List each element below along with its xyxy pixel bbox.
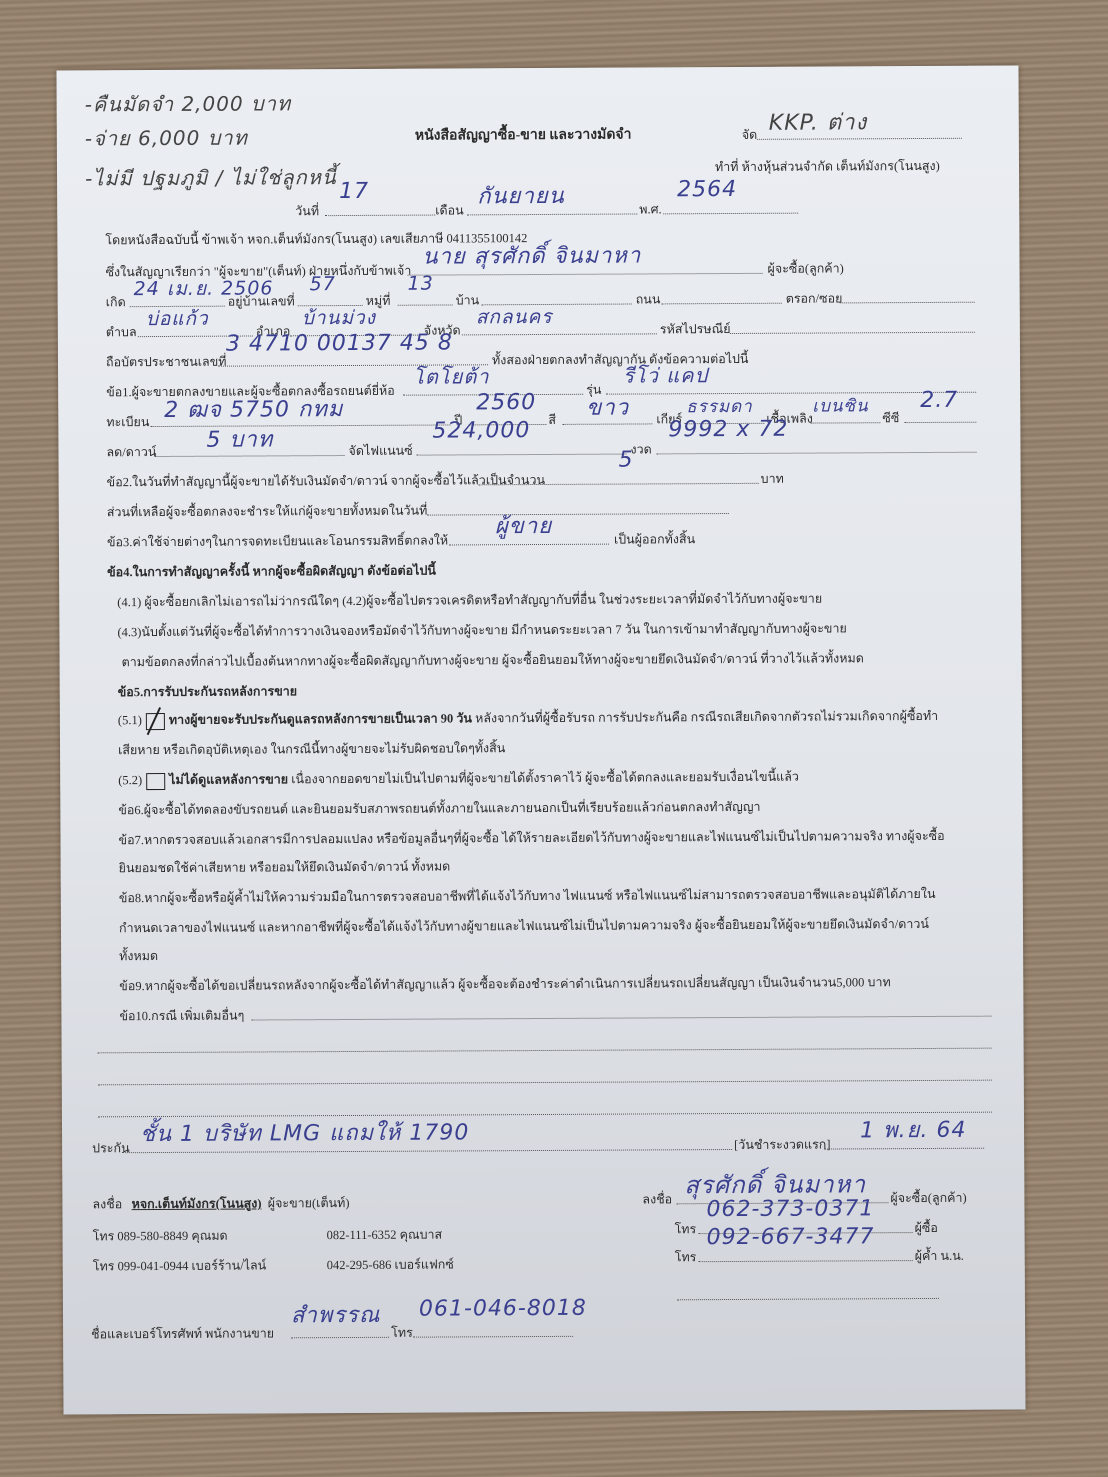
fuel-line [810,422,880,423]
buyer-phone[interactable]: 062-373-0371 [706,1196,874,1222]
first-payment-label: [วันชำระงวดแรก] [734,1134,831,1155]
car-cc[interactable]: 2.7 [920,388,958,413]
clause4-4: ตามข้อตกลงที่กล่าวไปเบื้องต้นหากทางผู้จะ… [122,648,864,672]
cc-line [904,422,976,423]
salesperson-name[interactable]: สำพรรณ [291,1297,381,1332]
clause5-2-row: (5.2)ไม่ได้ดูแลหลังการขาย เนื่องจากยอดขา… [118,767,799,791]
clause2-line [479,483,759,485]
clause5-2-label: (5.2) [118,773,142,787]
postcode-field[interactable] [730,332,975,334]
installment-label: งวด [630,439,651,459]
clause8c: ทั้งหมด [119,946,158,966]
salesperson-phone-label: โทร [391,1323,413,1343]
road-label: ถนน [636,289,661,309]
soi-label: ตรอก/ซอย [786,288,843,308]
seller-phone-2a: โทร 099-041-0944 เบอร์ร้าน/ไลน์ [93,1255,267,1276]
buyer-sign-role: ผู้จะซื้อ(ลูกค้า) [890,1188,966,1208]
house-label: อยู่บ้านเลขที่ [228,291,295,311]
car-brand[interactable]: โตโยต้า [413,360,490,392]
clause3-suffix: เป็นผู้ออกทั้งสิ้น [614,529,695,549]
contract-document: -คืนมัดจำ 2,000 บาท -จ่าย 6,000 บาท -ไม่… [56,65,1025,1414]
color-label: สี [548,410,556,430]
day-line [325,215,435,217]
finance-label: จัดไฟแนนซ์ [348,441,412,461]
seller-phone-1a: โทร 089-580-8849 คุณมด [93,1226,228,1247]
buyer-name[interactable]: นาย สุรศักดิ์ จินมาหา [422,237,641,273]
clause4-1: (4.1) ผู้จะซื้อยกเลิกไม่เอารถไม่ว่ากรณีใ… [117,589,822,613]
insurance-value[interactable]: ชั้น 1 บริษัท LMG แถมให้ 1790 [140,1114,469,1151]
clause10-line3[interactable] [98,1080,992,1086]
salesperson-phone[interactable]: 061-046-8018 [419,1296,587,1322]
clause3: ข้อ3.ค่าใช้จ่ายต่างๆในการจดทะเบียนและโอน… [107,530,448,552]
guarantor-phone[interactable]: 092-667-3477 [707,1224,875,1250]
province-value[interactable]: สกลนคร [476,302,553,332]
seller-phone-1b: 082-111-6352 คุณบาส [327,1225,443,1246]
year-value[interactable]: 2564 [677,177,737,202]
car-finance[interactable]: 524,000 [432,418,530,444]
first-payment-line [824,1148,984,1150]
clause5-1b: เสียหาย หรือเกิดอุบัติเหตุเอง ในกรณีนี้ท… [118,738,505,760]
note-refund: -คืนมัดจำ 2,000 บาท [85,87,292,120]
note-status: -ไม่มี ปฐมภูมิ / ไม่ใช่ลูกหนี้ [85,161,337,194]
clause5-1-bold: ทางผู้ขายจะรับประกันดูแลรถหลังการขายเป็น… [169,711,472,727]
clause5-1-row: (5.1)ทางผู้ขายจะรับประกันดูแลรถหลังการขา… [118,706,938,730]
guarantor-phone-role: ผู้ค้ำ น.น. [915,1246,964,1266]
clause5-2-bold: ไม่ได้ดูแลหลังการขาย [169,772,288,787]
clause7b: ยินยอมชดใช้ค่าเสียหาย หรือยอมให้ยึดเงินม… [119,856,451,878]
clause3-value[interactable]: ผู้ขาย [495,508,552,543]
first-payment-value[interactable]: 1 พ.ย. 64 [860,1112,967,1148]
clause10-field[interactable] [251,1016,991,1021]
clause3-line [449,544,609,546]
finance-line [417,454,627,456]
extra-sign-line[interactable] [677,1298,939,1300]
down-label: ลด/ดาวน์ [106,442,156,462]
clause5-1-label: (5.1) [118,713,142,727]
clause4: ข้อ4.ในการทำสัญญาครั้งนี้ หากผู้จะซื้อผิ… [107,561,436,583]
seller-sign-label: ลงชื่อ [92,1197,122,1211]
document-title: หนังสือสัญญาซื้อ-ขาย และวางมัดจำ [415,124,632,147]
seller-phone-2b: 042-295-686 เบอร์แฟกซ์ [327,1254,454,1275]
buyer-phone-role: ผู้ซื้อ [915,1218,938,1238]
clause5-1-checkbox[interactable] [146,713,165,730]
subdistrict-value[interactable]: บ่อแก้ว [146,304,209,334]
month-label: เดือน [435,200,464,220]
clause2b-field[interactable] [427,513,729,516]
guarantor-phone-line [699,1260,913,1262]
clause5: ข้อ5.การรับประกันรถหลังการขาย [118,681,297,702]
buyer-suffix: ผู้จะซื้อ(ลูกค้า) [767,258,843,278]
district-value[interactable]: บ้านม่วง [302,303,376,333]
cc-label: ซีซี [882,408,899,428]
buyer-sign-label: ลงชื่อ [642,1189,672,1209]
clause2: ข้อ2.ในวันที่ทำสัญญานี้ผู้จะขายได้รับเงิ… [107,470,545,492]
salesperson-line [291,1337,389,1339]
clause10: ข้อ10.กรณี เพิ่มเติมอื่นๆ [119,1006,244,1027]
seller-sign-row: ลงชื่อ หจก.เต็นท์มังกร(โนนสูง) ผู้จะขาย(… [92,1193,349,1214]
subdistrict-label: ตำบล [106,322,137,342]
clause6: ข้อ6.ผู้จะซื้อได้ทดลองขับรถยนต์ และยินยอ… [118,797,760,820]
at-value[interactable]: KKP. ต่าง [769,104,868,140]
postcode-label: รหัสไปรษณีย์ [660,319,731,339]
year-line [663,213,798,215]
day-value[interactable]: 17 [339,179,369,204]
car-year[interactable]: 2560 [476,390,536,415]
clause2-value[interactable]: 5 [618,448,633,473]
car-fuel[interactable]: เบนซิน [812,392,869,419]
soi-field[interactable] [840,302,975,304]
road-field[interactable] [662,303,782,305]
clause2b: ส่วนที่เหลือผู้จะซื้อตกลงจะชำระให้แก่ผู้… [107,501,428,523]
moo-value[interactable]: 13 [408,273,434,295]
birth-label: เกิด [106,292,126,312]
installment-line [657,452,977,455]
seller-role: ผู้จะขาย(เต็นท์) [268,1196,350,1210]
month-line [467,213,637,215]
day-label: วันที่ [295,201,319,221]
salesperson-phone-line [413,1336,573,1338]
place-label: ทำที่ ห้างหุ้นส่วนจำกัด เต็นท์มังกร(โนนส… [715,156,940,177]
at-label: จัด [742,125,758,145]
province-line [462,333,657,335]
clause4-3: (4.3)นับตั้งแต่วันที่ผู้จะซื้อได้ทำการวา… [117,618,846,642]
clause7: ข้อ7.หากตรวจสอบแล้วเอกสารมีการปลอมแปลง ห… [118,826,944,850]
plate-label: ทะเบียน [106,412,149,432]
clause5-2-checkbox[interactable] [146,773,165,790]
house-value[interactable]: 57 [310,273,336,295]
salesperson-label: ชื่อและเบอร์โทรศัพท์ พนักงานขาย [91,1323,274,1344]
insurance-label: ประกัน [92,1138,130,1158]
month-value[interactable]: กันยายน [477,178,565,213]
year-label: พ.ศ. [639,199,662,219]
clause10-line2[interactable] [98,1048,992,1054]
clause8b: กำหนดเวลาของไฟแนนซ์ และหากอาชีพที่ผู้จะซ… [119,914,929,938]
note-payment: -จ่าย 6,000 บาท [85,122,248,155]
id-suffix: ทั้งสองฝ่ายตกลงทำสัญญากัน ดังข้อความต่อไ… [492,349,749,370]
clause8: ข้อ8.หากผู้จะซื้อหรือผู้ค้ำไม่ให้ความร่ว… [119,884,936,908]
moo-line [398,304,453,305]
car-installment[interactable]: 9992 x 72 [668,417,788,443]
seller-name: หจก.เต็นท์มังกร(โนนสูง) [132,1196,262,1211]
car-color[interactable]: ขาว [586,390,629,425]
id-value[interactable]: 3 4710 00137 45 8 [226,330,453,356]
clause5-2-text: เนื่องจากยอดขายไม่เป็นไปตามที่ผู้จะขายได… [291,770,799,787]
buyer-phone-label: โทร [675,1219,697,1239]
clause5-1-text: หลังจากวันที่ผู้ซื้อรับรถ การรับประกันคื… [475,709,938,725]
guarantor-phone-label: โทร [675,1247,697,1267]
id-label: ถือบัตรประชาชนเลขที่ [106,352,227,373]
clause9: ข้อ9.หากผู้จะซื้อได้ขอเปลี่ยนรถหลังจากผู… [119,972,891,996]
car-down[interactable]: 5 บาท [206,421,273,456]
car-model[interactable]: รีโว่ แคป [623,359,708,391]
clause2-unit: บาท [761,469,784,489]
